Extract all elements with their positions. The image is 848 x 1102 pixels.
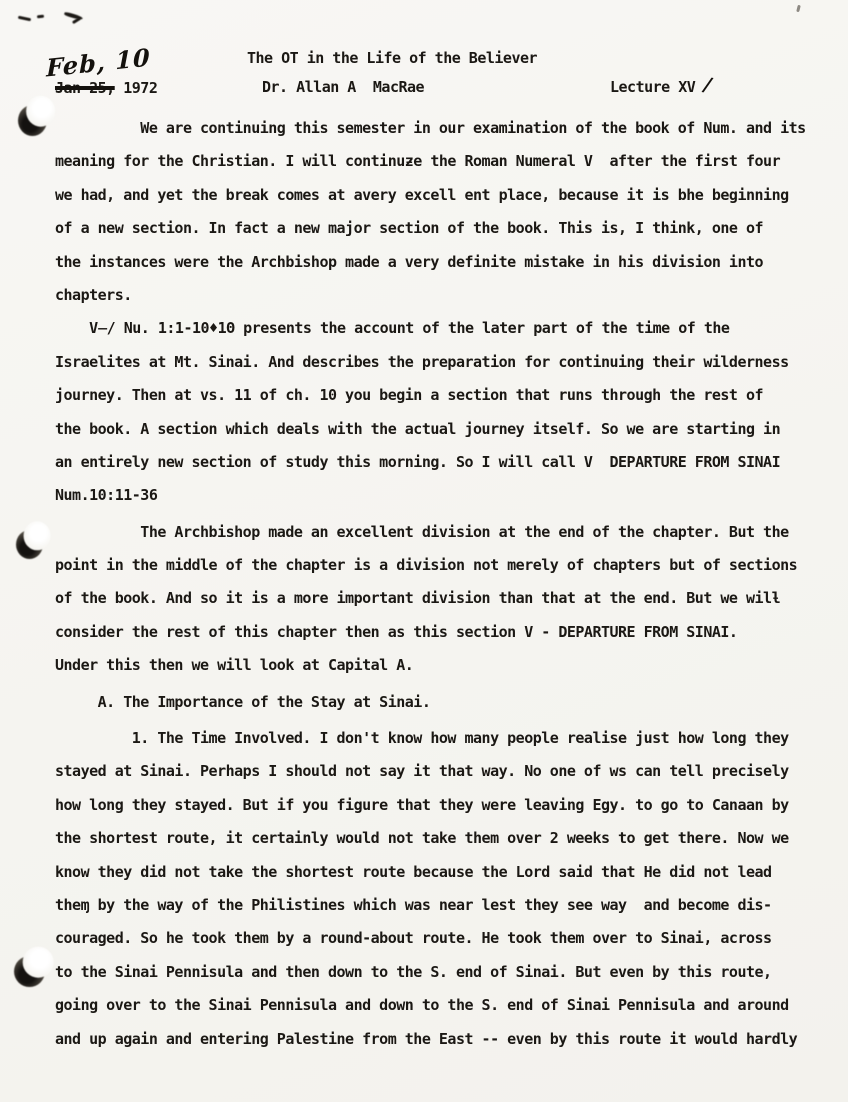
- text-line: couraged. So he took them by a round-abo…: [55, 922, 821, 955]
- text-line: of the book. And so it is a more importa…: [55, 582, 821, 615]
- text-line: Under this then we will look at Capital …: [55, 649, 821, 682]
- lecture-number: Lecture XV: [610, 78, 695, 96]
- stray-ink-mark: [796, 5, 801, 13]
- text-line: point in the middle of the chapter is a …: [55, 549, 821, 582]
- handwritten-lecture-slash: /: [703, 74, 713, 97]
- binder-hole-shadow: [18, 105, 47, 136]
- text-line: we had, and yet the break comes at avery…: [55, 179, 821, 212]
- text-line: how long they stayed. But if you figure …: [55, 789, 821, 822]
- paragraph: V̶/ Nu. 1:1-10♦1Θ presents the account o…: [55, 312, 821, 512]
- text-line: meaning for the Christian. I will contin…: [55, 145, 821, 178]
- text-line: chapters.: [55, 279, 821, 312]
- text-line: going over to the Sinai Pennisula and do…: [55, 989, 821, 1022]
- speaker-name: Dr. Allan A MacRae: [262, 78, 424, 96]
- text-line: Num.10:11-36: [55, 479, 821, 512]
- text-line: consider the rest of this chapter then a…: [55, 616, 821, 649]
- document-page: The OT in the Life of the Believer Dr. A…: [0, 0, 848, 1102]
- text-line: Israelites at Mt. Sinai. And describes t…: [55, 346, 821, 379]
- typed-date: Jan 25, 1972: [55, 79, 157, 97]
- typed-year: 1972: [115, 79, 158, 97]
- text-line: the book. A section which deals with the…: [55, 413, 821, 446]
- text-line: of a new section. In fact a new major se…: [55, 212, 821, 245]
- text-line: 1. The Time Involved. I don't know how m…: [55, 722, 821, 755]
- text-line: to the Sinai Pennisula and then down to …: [55, 956, 821, 989]
- binder-hole-shadow: [14, 956, 45, 987]
- binder-hole-shadow: [16, 530, 43, 559]
- handwritten-date: Feb, 10: [46, 42, 150, 82]
- text-line: A. The Importance of the Stay at Sinai.: [55, 686, 821, 719]
- text-line: the shortest route, it certainly would n…: [55, 822, 821, 855]
- struck-out-date: Jan 25,: [55, 79, 115, 97]
- text-line: The Archbishop made an excellent divisio…: [55, 516, 821, 549]
- text-line: and up again and entering Palestine from…: [55, 1023, 821, 1056]
- pen-scribble-mark: [37, 15, 44, 19]
- text-line: We are continuing this semester in our e…: [55, 112, 821, 145]
- paragraph: A. The Importance of the Stay at Sinai.: [55, 686, 821, 719]
- text-line: V̶/ Nu. 1:1-10♦1Θ presents the account o…: [55, 312, 821, 345]
- pen-scribble-mark: [18, 16, 31, 22]
- text-line: stayed at Sinai. Perhaps I should not sa…: [55, 755, 821, 788]
- text-line: know they did not take the shortest rout…: [55, 856, 821, 889]
- text-line: journey. Then at vs. 11 of ch. 10 you be…: [55, 379, 821, 412]
- paragraph: We are continuing this semester in our e…: [55, 112, 821, 312]
- paragraph: 1. The Time Involved. I don't know how m…: [55, 722, 821, 1056]
- text-line: the instances were the Archbishop made a…: [55, 246, 821, 279]
- text-line: theɱ by the way of the Philistines which…: [55, 889, 821, 922]
- lecture-body-text: We are continuing this semester in our e…: [55, 112, 821, 1056]
- paragraph: The Archbishop made an excellent divisio…: [55, 516, 821, 683]
- text-line: an entirely new section of study this mo…: [55, 446, 821, 479]
- page-title: The OT in the Life of the Believer: [247, 49, 537, 67]
